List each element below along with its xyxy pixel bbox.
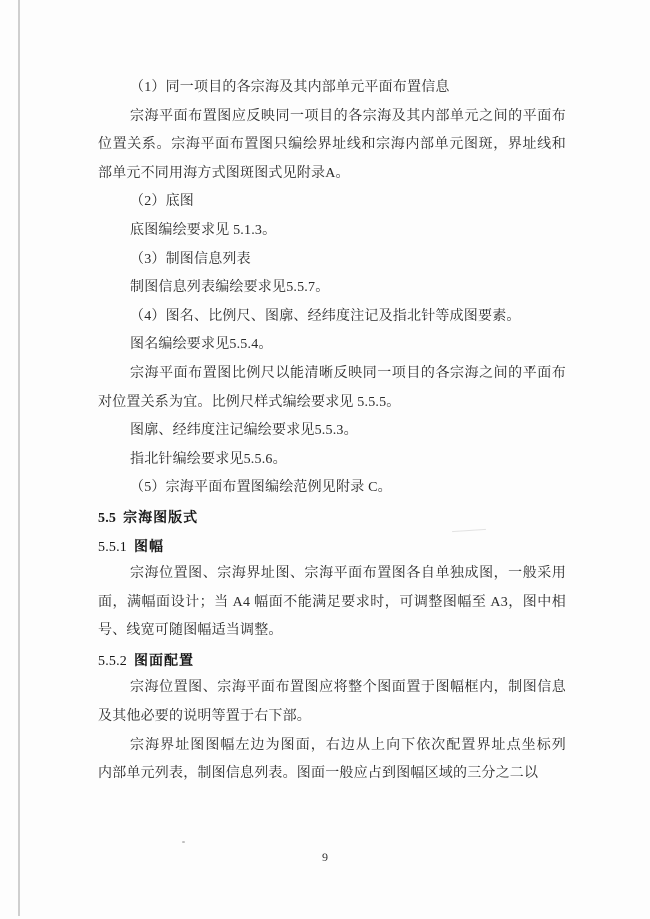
heading-title: 宗海图版式 <box>123 509 198 525</box>
heading-number: 5.5.1 <box>98 540 127 555</box>
page-footer: 9 <box>0 848 650 866</box>
text-line: 部单元不同用海方式图斑图式见附录A。 <box>98 160 566 189</box>
text-line: 位置关系。宗海平面布置图只编绘界址线和宗海内部单元图斑，界址线和宗海内 <box>98 131 566 160</box>
page-number: 9 <box>322 850 328 864</box>
text-line: 指北针编绘要求见5.5.6。 <box>98 446 566 475</box>
heading-number: 5.5.2 <box>98 654 127 669</box>
text-line: （1）同一项目的各宗海及其内部单元平面布置信息 <box>98 74 566 103</box>
text-line: （4）图名、比例尺、图廓、经纬度注记及指北针等成图要素。 <box>98 303 566 332</box>
text-line: 对位置关系为宜。比例尺样式编绘要求见 5.5.5。 <box>98 389 566 418</box>
scan-speck <box>182 841 185 843</box>
text-line: 及其他必要的说明等置于右下部。 <box>98 703 566 732</box>
text-line: 内部单元列表，制图信息列表。图面一般应占到图幅区域的三分之二以上。 <box>98 760 566 789</box>
text-line: 面，满幅面设计；当 A4 幅面不能满足要求时，可调整图幅至 A3，图中相关字 <box>98 589 566 618</box>
text-line: 图名编绘要求见5.5.4。 <box>98 331 566 360</box>
text-line: （5）宗海平面布置图编绘范例见附录 C。 <box>98 474 566 503</box>
text-line: 宗海界址图图幅左边为图面，右边从上向下依次配置界址点坐标列表，宗海 <box>98 732 566 761</box>
section-heading: 5.5宗海图版式 <box>98 503 566 532</box>
text-line: 宗海位置图、宗海界址图、宗海平面布置图各自单独成图，一般采用 A4 幅 <box>98 560 566 589</box>
text-line: （2）底图 <box>98 188 566 217</box>
text-line: 底图编绘要求见 5.1.3。 <box>98 217 566 246</box>
text-line: 图廓、经纬度注记编绘要求见5.5.3。 <box>98 417 566 446</box>
text-line: 号、线宽可随图幅适当调整。 <box>98 617 566 646</box>
heading-title: 图幅 <box>134 538 164 554</box>
document-page: （1）同一项目的各宗海及其内部单元平面布置信息宗海平面布置图应反映同一项目的各宗… <box>0 0 650 919</box>
heading-number: 5.5 <box>98 511 116 526</box>
subsection-heading: 5.5.2图面配置 <box>98 646 566 675</box>
text-line: 宗海位置图、宗海平面布置图应将整个图面置于图幅框内，制图信息列表以 <box>98 674 566 703</box>
scan-edge-line <box>18 0 20 916</box>
text-line: 宗海平面布置图应反映同一项目的各宗海及其内部单元之间的平面布置及 <box>98 103 566 132</box>
text-line: 制图信息列表编绘要求见5.5.7。 <box>98 274 566 303</box>
heading-title: 图面配置 <box>134 652 194 668</box>
scan-speck <box>529 366 532 369</box>
text-line: 宗海平面布置图比例尺以能清晰反映同一项目的各宗海之间的平面布置、相 <box>98 360 566 389</box>
document-text-block: （1）同一项目的各宗海及其内部单元平面布置信息宗海平面布置图应反映同一项目的各宗… <box>98 74 566 789</box>
text-line: （3）制图信息列表 <box>98 246 566 275</box>
subsection-heading: 5.5.1图幅 <box>98 532 566 561</box>
